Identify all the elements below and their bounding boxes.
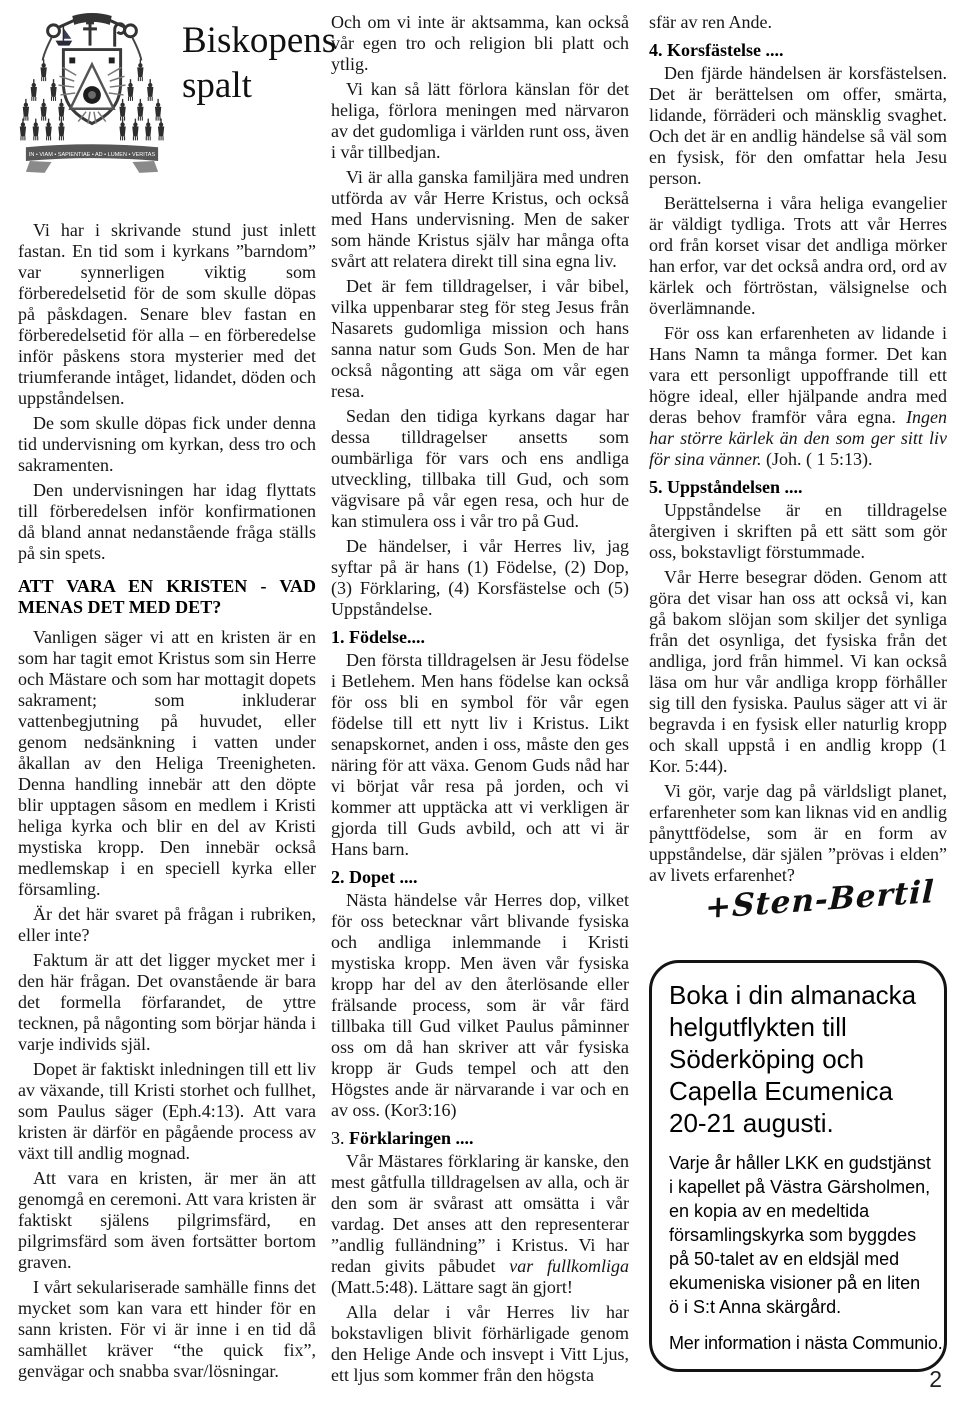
- promo-footer: Mer information i nästa Communio.: [669, 1331, 931, 1355]
- paragraph: Vår Herre besegrar döden. Genom att göra…: [649, 567, 947, 777]
- crest-motto: IN • VIAM • SAPIENTIAE • AD • LUMEN • VE…: [29, 152, 156, 158]
- paragraph: Är det här svaret på frågan i rubriken, …: [18, 904, 316, 946]
- promo-title-line: Boka i din almanacka: [669, 979, 931, 1011]
- section-heading: 5. Uppståndelsen ....: [649, 477, 947, 498]
- column-middle-text: Och om vi inte är aktsamma, kan också vå…: [331, 12, 629, 1390]
- paragraph: sfär av ren Ande.: [649, 12, 947, 33]
- section-heading: 1. Födelse....: [331, 627, 629, 648]
- paragraph: Vi kan så lätt förlora känslan för det h…: [331, 79, 629, 163]
- paragraph: Berättelserna i våra heliga evangelier ä…: [649, 193, 947, 319]
- paragraph: Uppståndelse är en tilldragelse återgive…: [649, 500, 947, 563]
- ship-icon: [55, 41, 72, 46]
- section-heading: 4. Korsfästelse ....: [649, 40, 947, 61]
- column-left-text: Vi har i skrivande stund just inlett fas…: [18, 220, 316, 1386]
- paragraph: Den undervisningen har idag flyttats til…: [18, 480, 316, 564]
- bishop-crest-emblem: IN • VIAM • SAPIENTIAE • AD • LUMEN • VE…: [18, 8, 166, 174]
- paragraph: I vårt sekulariserade samhälle finns det…: [18, 1277, 316, 1382]
- paragraph: Den fjärde händelsen är korsfästelsen. D…: [649, 63, 947, 189]
- promo-body: Varje år håller LKK en gudstjänst i kape…: [669, 1151, 931, 1319]
- paragraph: Vi har i skrivande stund just inlett fas…: [18, 220, 316, 409]
- section-heading: 3. Förklaringen ....: [331, 1128, 629, 1149]
- paragraph: Och om vi inte är aktsamma, kan också vå…: [331, 12, 629, 75]
- paragraph: Vi gör, varje dag på världsligt planet, …: [649, 781, 947, 884]
- paragraph: De som skulle döpas fick under denna tid…: [18, 413, 316, 476]
- paragraph: Dopet är faktiskt inledningen till ett l…: [18, 1059, 316, 1164]
- article-heading: ATT VARA EN KRISTEN - VAD MENAS DET MED …: [18, 576, 316, 618]
- page-title-line1: Biskopens: [182, 18, 336, 63]
- paragraph: För oss kan erfarenheten av lidande i Ha…: [649, 323, 947, 470]
- column-right: sfär av ren Ande.4. Korsfästelse ....Den…: [649, 12, 947, 884]
- page-title-line2: spalt: [182, 63, 336, 108]
- promo-title-line: helgutflykten till: [669, 1011, 931, 1043]
- column-left: IN • VIAM • SAPIENTIAE • AD • LUMEN • VE…: [18, 8, 316, 1386]
- masthead: IN • VIAM • SAPIENTIAE • AD • LUMEN • VE…: [18, 8, 316, 174]
- column-right-text: sfär av ren Ande.4. Korsfästelse ....Den…: [649, 12, 947, 884]
- column-middle: Och om vi inte är aktsamma, kan också vå…: [331, 12, 629, 1390]
- announcement-box: Boka i din almanackahelgutflykten tillSö…: [649, 960, 947, 1372]
- paragraph: Alla delar i vår Herres liv har bokstavl…: [331, 1302, 629, 1386]
- promo-title-line: Capella Ecumenica: [669, 1075, 931, 1107]
- paragraph: Vanligen säger vi att en kristen är en s…: [18, 627, 316, 900]
- section-heading: 2. Dopet ....: [331, 867, 629, 888]
- paragraph: De händelser, i vår Herres liv, jag syft…: [331, 536, 629, 620]
- promo-title-line: Söderköping och: [669, 1043, 931, 1075]
- cross-icon: [83, 20, 97, 46]
- paragraph: Sedan den tidiga kyrkans dagar har dessa…: [331, 406, 629, 532]
- page-title: Biskopens spalt: [182, 8, 336, 174]
- paragraph: Faktum är att det ligger mycket mer i de…: [18, 950, 316, 1055]
- paragraph: Det är fem tilldragelser, i vår bibel, v…: [331, 276, 629, 402]
- crozier-icon: [115, 24, 125, 47]
- promo-title: Boka i din almanackahelgutflykten tillSö…: [669, 979, 931, 1139]
- paragraph: Vår Mästares förklaring är kanske, den m…: [331, 1151, 629, 1298]
- page-number: 2: [929, 1366, 942, 1393]
- paragraph: Vi är alla ganska familjära med undren u…: [331, 167, 629, 272]
- promo-title-line: 20-21 augusti.: [669, 1107, 931, 1139]
- paragraph: Att vara en kristen, är mer än att genom…: [18, 1168, 316, 1273]
- paragraph: Nästa händelse vår Herres dop, vilket fö…: [331, 890, 629, 1121]
- paragraph: Den första tilldragelsen är Jesu födelse…: [331, 650, 629, 860]
